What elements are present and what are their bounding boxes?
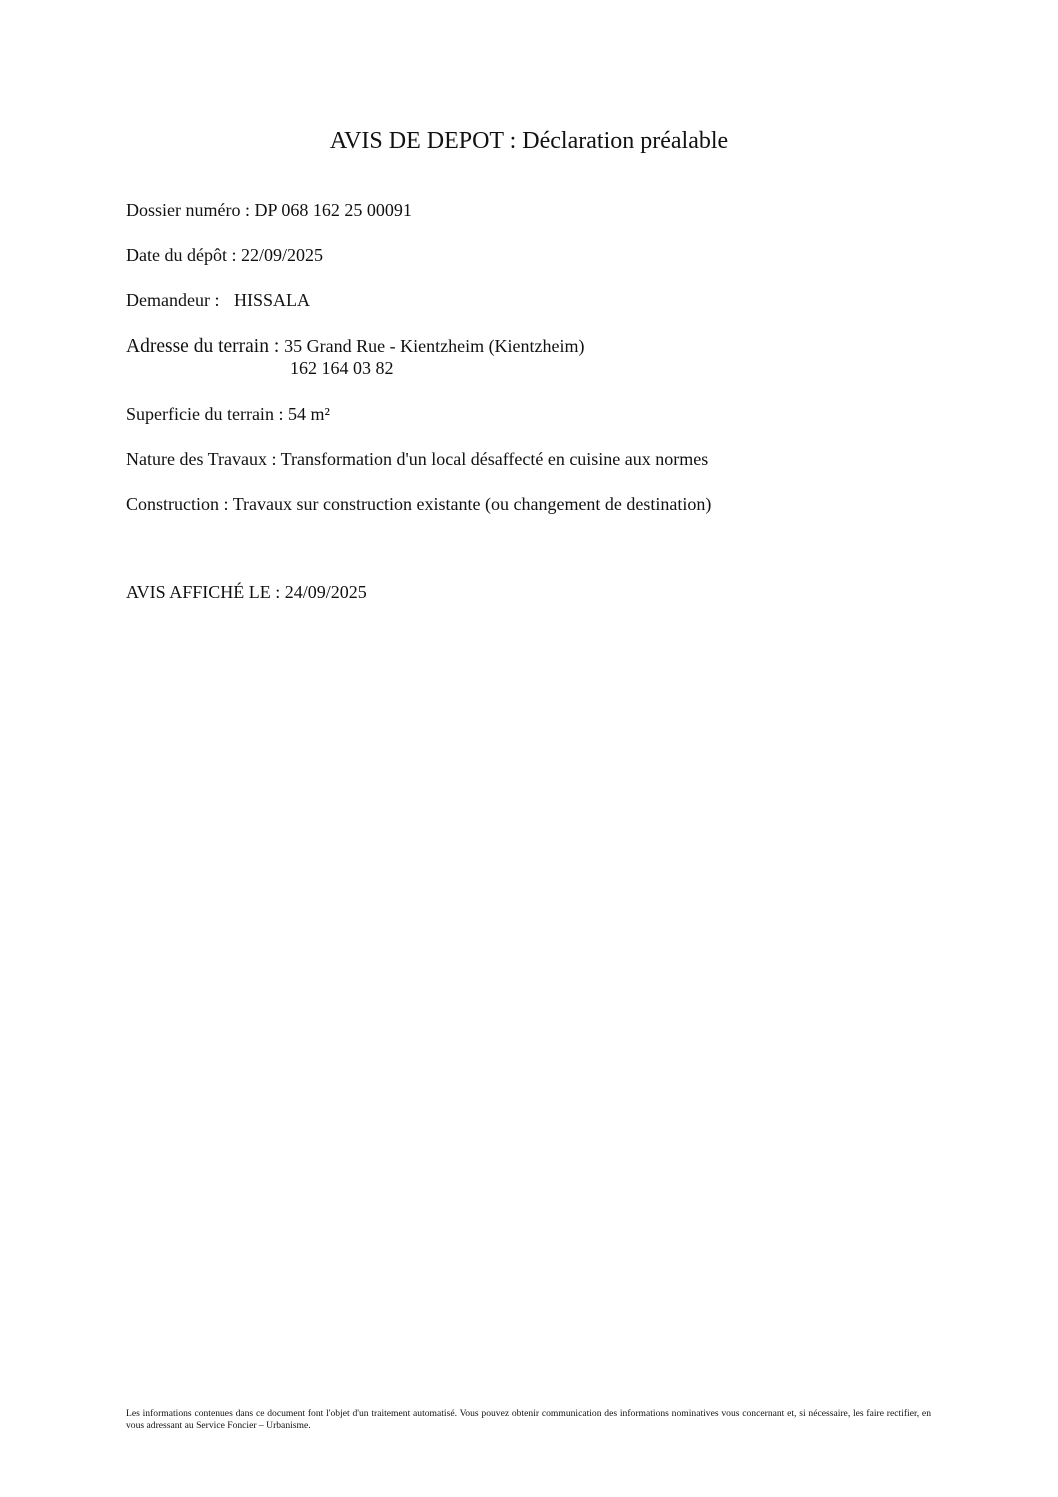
privacy-footer: Les informations contenues dans ce docum… (126, 1408, 931, 1432)
applicant-row: Demandeur : HISSALA (126, 289, 310, 311)
address-row: Adresse du terrain : 35 Grand Rue - Kien… (126, 335, 585, 358)
deposit-date-value: 22/09/2025 (241, 245, 323, 265)
dossier-number-value: DP 068 162 25 00091 (254, 200, 411, 220)
dossier-number-label: Dossier numéro : (126, 200, 254, 220)
deposit-date-row: Date du dépôt : 22/09/2025 (126, 244, 323, 266)
posted-date-label: AVIS AFFICHÉ LE : (126, 582, 285, 602)
construction-row: Construction : Travaux sur construction … (126, 493, 711, 515)
works-nature-label: Nature des Travaux : (126, 449, 281, 469)
construction-value: Travaux sur construction existante (ou c… (233, 494, 712, 514)
area-label: Superficie du terrain : (126, 404, 288, 424)
works-nature-row: Nature des Travaux : Transformation d'un… (126, 448, 708, 470)
dossier-number-row: Dossier numéro : DP 068 162 25 00091 (126, 199, 412, 221)
applicant-label: Demandeur : (126, 290, 224, 310)
works-nature-value: Transformation d'un local désaffecté en … (281, 449, 709, 469)
posted-date-row: AVIS AFFICHÉ LE : 24/09/2025 (126, 581, 367, 603)
area-row: Superficie du terrain : 54 m² (126, 403, 330, 425)
area-value: 54 m² (288, 404, 330, 424)
applicant-value: HISSALA (234, 290, 310, 310)
construction-label: Construction : (126, 494, 233, 514)
parcel-reference: 162 164 03 82 (290, 357, 394, 379)
posted-date-value: 24/09/2025 (285, 582, 367, 602)
address-label: Adresse du terrain : (126, 336, 284, 357)
address-value: 35 Grand Rue - Kientzheim (Kientzheim) (284, 336, 584, 356)
page-title: AVIS DE DEPOT : Déclaration préalable (0, 126, 1058, 156)
deposit-date-label: Date du dépôt : (126, 245, 241, 265)
